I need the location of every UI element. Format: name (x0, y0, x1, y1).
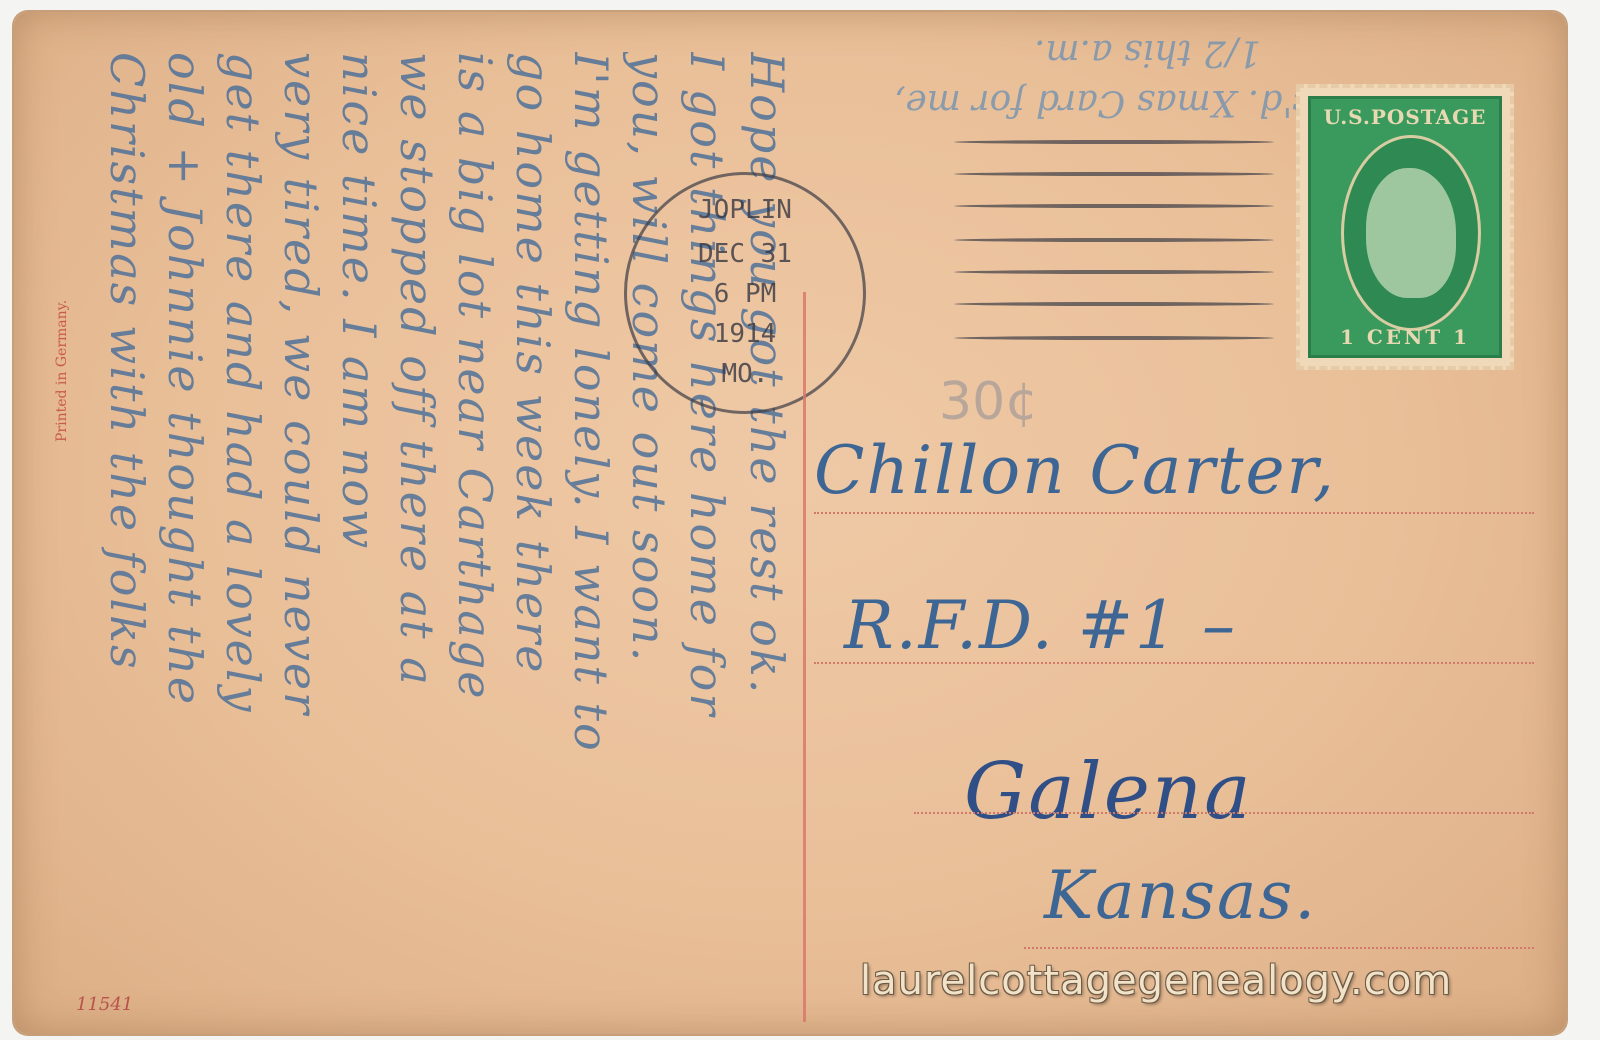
stamp-denomination: 1 CENT 1 (1311, 325, 1499, 349)
printed-in-germany: Printed in Germany. (54, 300, 70, 442)
postmark-city: JOPLIN (627, 195, 863, 225)
stamp-top-label: U.S.POSTAGE (1311, 105, 1499, 129)
cancel-line (954, 172, 1274, 176)
cancel-line (954, 270, 1274, 274)
center-divider (803, 292, 806, 1022)
message-line: very tired, we could never (274, 52, 328, 716)
message-line: old + Johnnie thought the (158, 52, 212, 706)
upside-down-note-line: Rec'd. Xmas Card for me, (894, 82, 1361, 123)
address-rule (1024, 947, 1534, 949)
message-line: we stopped off there at a (390, 52, 444, 687)
upside-down-note-line: 1/2 this a.m. (1034, 32, 1261, 73)
postcard: Hope you got the rest ok. I got things h… (14, 12, 1566, 1034)
message-line: nice time. I am now (332, 52, 386, 550)
message-line: get there and had a lovely (216, 52, 270, 714)
message-line: go home this week there (506, 52, 560, 674)
address-rule (814, 662, 1534, 664)
postmark-year: 1914 (627, 319, 863, 349)
postmark: JOPLIN DEC 31 6 PM 1914 MO. (624, 172, 866, 414)
address-name: Chillon Carter, (814, 432, 1336, 509)
message-line: is a big lot near Carthage (448, 52, 502, 700)
address-rule (814, 512, 1534, 514)
message-line: I'm getting lonely. I want to (564, 52, 618, 753)
message-line: Christmas with the folks (100, 52, 154, 671)
postmark-time: 6 PM (627, 279, 863, 309)
washington-portrait-icon (1341, 135, 1481, 331)
cancel-line (954, 302, 1274, 306)
serial-number: 11541 (76, 994, 133, 1015)
address-state: Kansas. (1044, 857, 1317, 934)
cancel-line (954, 140, 1274, 144)
cancel-line (954, 238, 1274, 242)
address-rule (914, 812, 1534, 814)
postmark-state: MO. (627, 359, 863, 389)
pencil-note: 30¢ (939, 372, 1038, 432)
postage-stamp: U.S.POSTAGE 1 CENT 1 (1296, 84, 1514, 370)
watermark: laurelcottagegenealogy.com (860, 958, 1452, 1004)
cancel-line (954, 336, 1274, 340)
address-city: Galena (964, 747, 1253, 837)
cancel-line (954, 204, 1274, 208)
postmark-date: DEC 31 (627, 239, 863, 269)
address-route: R.F.D. #1 – (844, 587, 1237, 664)
